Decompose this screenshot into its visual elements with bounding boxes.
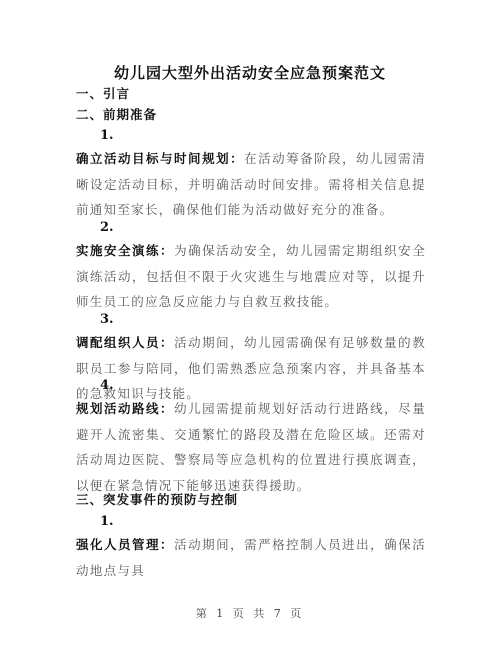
section-heading-intro: 一、引言: [76, 84, 130, 102]
document-title: 幼儿园大型外出活动安全应急预案范文: [0, 62, 500, 83]
section-heading-prevention: 三、突发事件的预防与控制: [76, 490, 238, 508]
item-number: 4.: [100, 378, 114, 393]
document-page: 幼儿园大型外出活动安全应急预案范文 一、引言 二、前期准备 1. 确立活动目标与…: [0, 0, 500, 647]
paragraph-lead: 确立活动目标与时间规划：: [76, 151, 244, 166]
paragraph-lead: 实施安全演练：: [76, 243, 174, 258]
paragraph-item: 强化人员管理：活动期间，需严格控制人员进出，确保活动地点与具: [76, 532, 426, 583]
item-number: 2.: [100, 220, 114, 235]
paragraph-item: 确立活动目标与时间规划：在活动筹备阶段，幼儿园需清晰设定活动目标，并明确活动时间…: [76, 146, 426, 223]
paragraph-lead: 规划活动路线：: [76, 401, 174, 416]
paragraph-item: 规划活动路线：幼儿园需提前规划好活动行进路线，尽量避开人流密集、交通繁忙的路段及…: [76, 396, 426, 498]
paragraph-lead: 强化人员管理：: [76, 537, 174, 552]
paragraph-item: 实施安全演练：为确保活动安全，幼儿园需定期组织安全演练活动，包括但不限于火灾逃生…: [76, 238, 426, 315]
item-number: 1.: [100, 514, 114, 529]
page-footer: 第 1 页 共 7 页: [0, 605, 500, 621]
item-number: 3.: [100, 312, 114, 327]
section-heading-preparation: 二、前期准备: [76, 105, 157, 123]
paragraph-lead: 调配组织人员：: [76, 335, 174, 350]
item-number: 1.: [100, 128, 114, 143]
